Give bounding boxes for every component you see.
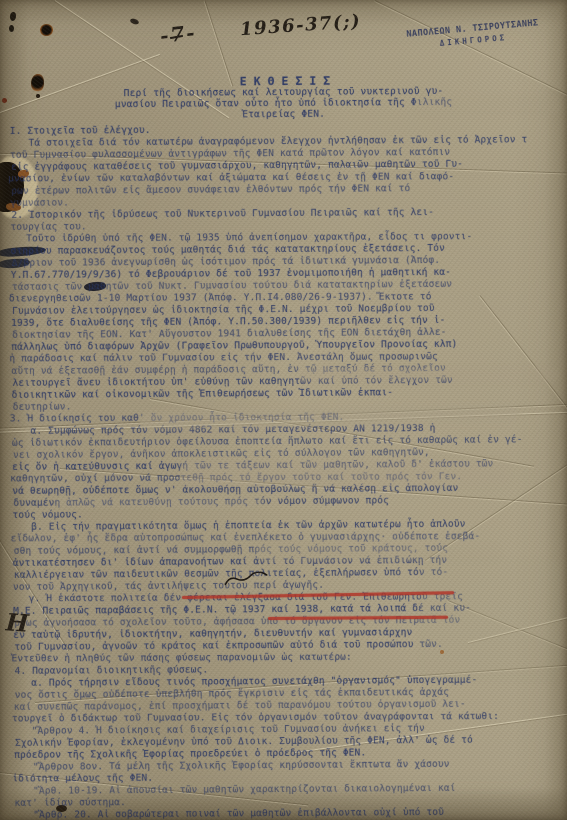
report-body: Ι. Στοιχεῖα τοῦ ἐλέγχου. Τά στοιχεῖα διά… — [10, 122, 563, 820]
handwritten-date: 1936-37(;) — [239, 11, 361, 40]
scanned-document-page: -7- 1936-37(;) ΝΑΠΟΛΕΩΝ Ν. ΤΣΙΡΟΥΤΣΑΝΗΣ … — [0, 0, 567, 820]
typewritten-text: ΕΚΘΕΣΙΣ Περί τῆς διοικήσεως καί λειτουργ… — [9, 72, 562, 820]
worm-hole — [40, 24, 53, 36]
lawyer-stamp: ΝΑΠΟΛΕΩΝ Ν. ΤΣΙΡΟΥΤΣΑΝΗΣ ΔΙΚΗΓΟΡΟΣ — [391, 17, 554, 52]
pin-hole — [9, 25, 14, 32]
speck — [129, 18, 139, 26]
page-number-crossbar — [170, 35, 183, 39]
paper-crease — [205, 0, 234, 86]
pin-hole — [10, 12, 16, 21]
speck — [2, 98, 7, 103]
handwritten-page-number: -7- — [159, 20, 198, 48]
